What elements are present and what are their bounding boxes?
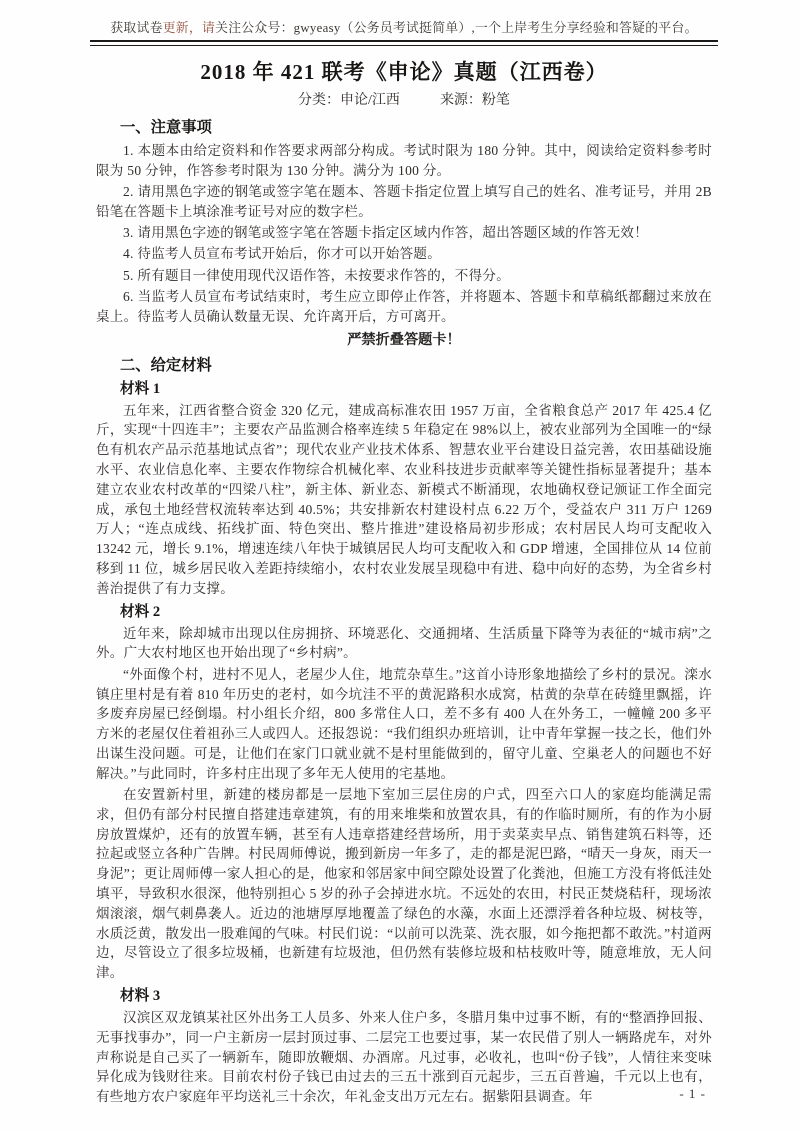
material-3-heading: 材料 3: [120, 987, 712, 1006]
header-notice-part1: 获取试卷: [110, 21, 162, 35]
meta-line: 分类：申论/江西 来源：粉笔: [96, 91, 712, 110]
document-page: 获取试卷更新，请关注公众号：gwyeasy（公务员考试挺简单）,一个上岸考生分享…: [0, 0, 800, 1131]
material-1-paragraph: 五年来，江西省整合资金 320 亿元，建成高标准农田 1957 万亩，全省粮食总…: [96, 401, 712, 599]
note-item-6: 6. 当监考人员宣布考试结束时，考生应立即停止作答，并将题本、答题卡和草稿纸都翻…: [96, 287, 712, 327]
material-2-paragraph-1: 近年来，除却城市出现以住房拥挤、环境恶化、交通拥堵、生活质量下降等为表征的“城市…: [96, 624, 712, 664]
note-item-5: 5. 所有题目一律使用现代汉语作答，未按要求作答的，不得分。: [96, 266, 712, 286]
fold-warning: 严禁折叠答题卡！: [96, 331, 712, 350]
header-divider: [90, 40, 718, 46]
page-number: - 1 -: [679, 1086, 706, 1102]
note-item-3: 3. 请用黑色字迹的钢笔或签字笔在答题卡指定区域内作答，超出答题区域的作答无效！: [96, 223, 712, 243]
material-2-heading: 材料 2: [120, 603, 712, 622]
page-title: 2018 年 421 联考《申论》真题（江西卷）: [96, 58, 712, 86]
header-notice: 获取试卷更新，请关注公众号：gwyeasy（公务员考试挺简单）,一个上岸考生分享…: [96, 20, 712, 36]
header-notice-part3: 关注公众号：gwyeasy（公务员考试挺简单）,一个上岸考生分享经验和答疑的平台…: [215, 21, 698, 35]
meta-category: 分类：申论/江西: [298, 91, 400, 110]
material-1-heading: 材料 1: [120, 380, 712, 399]
header-notice-accent: 更新，请: [163, 21, 215, 35]
meta-source: 来源：粉笔: [440, 91, 510, 110]
note-item-2: 2. 请用黑色字迹的钢笔或签字笔在题本、答题卡指定位置上填写自己的姓名、准考证号…: [96, 182, 712, 222]
note-item-4: 4. 待监考人员宣布考试开始后，你才可以开始答题。: [96, 244, 712, 264]
material-2-paragraph-2: “外面像个村，进村不见人，老屋少人住，地荒杂草生。”这首小诗形象地描绘了乡村的景…: [96, 665, 712, 784]
materials-section-heading: 二、给定材料: [120, 356, 712, 376]
material-2-paragraph-3: 在安置新村里，新建的楼房都是一层地下室加三层住房的户式，四至六口人的家庭均能满足…: [96, 785, 712, 983]
note-item-1: 1. 本题本由给定资料和作答要求两部分构成。考试时限为 180 分钟。其中，阅读…: [96, 141, 712, 181]
material-3-paragraph-1: 汉滨区双龙镇某社区外出务工人员多、外来人住户多，冬腊月集中过事不断，有的“整酒挣…: [96, 1008, 712, 1107]
notes-section-heading: 一、注意事项: [120, 118, 712, 138]
